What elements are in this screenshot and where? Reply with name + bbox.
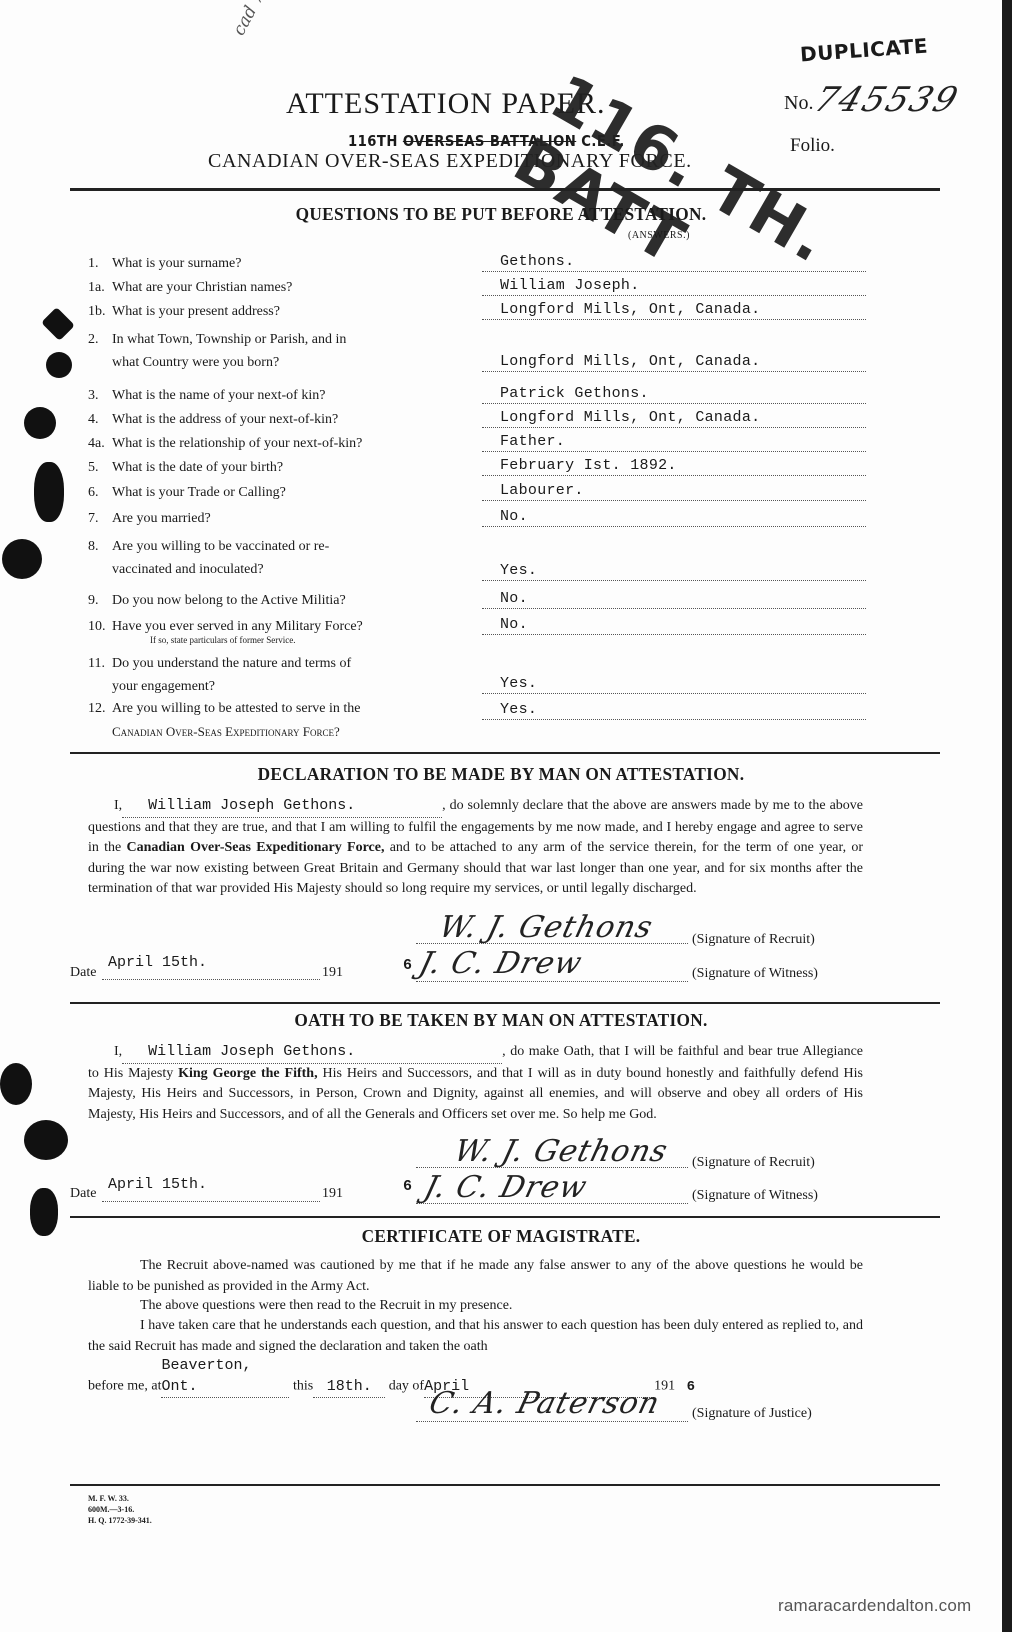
- certificate-year-digit: 6: [679, 1379, 695, 1395]
- answer-10: No.: [482, 615, 866, 635]
- declaration-text: I,William Joseph Gethons., do solemnly d…: [88, 796, 863, 900]
- punch-hole: [24, 407, 56, 439]
- question-1a: 1a.What are your Christian names?: [88, 276, 448, 299]
- questions-title: QUESTIONS TO BE PUT BEFORE ATTESTATION.: [20, 204, 982, 225]
- site-watermark: ramaracardendalton.com: [778, 1596, 971, 1616]
- question-7: 7.Are you married?: [88, 507, 448, 530]
- oath-date: April 15th.: [108, 1176, 207, 1193]
- answer-7: No.: [482, 507, 866, 527]
- question-11: 11.Do you understand the nature and term…: [88, 652, 448, 698]
- punch-hole: [34, 462, 64, 522]
- regimental-number: 745539: [810, 80, 965, 120]
- oath-witness-signature-label: (Signature of Witness): [692, 1188, 818, 1204]
- question-12: 12.Are you willing to be attested to ser…: [88, 697, 448, 744]
- oath-date-label: Date: [70, 1186, 96, 1202]
- answer-3: Patrick Gethons.: [482, 384, 866, 404]
- battalion-prefix: 116TH: [348, 132, 403, 150]
- oath-recruit-signature-label: (Signature of Recruit): [692, 1155, 815, 1171]
- oath-name: William Joseph Gethons.: [122, 1042, 502, 1064]
- scan-edge: [1002, 0, 1012, 1632]
- oath-year-digit: 6: [403, 1178, 412, 1195]
- oath-witness-signature: J. C. Drew: [421, 1170, 591, 1205]
- question-9: 9.Do you now belong to the Active Militi…: [88, 589, 448, 612]
- divider: [70, 1002, 940, 1004]
- certificate-p2: The above questions were then read to th…: [88, 1296, 863, 1317]
- question-2: 2.In what Town, Township or Parish, and …: [88, 328, 448, 374]
- answer-2: Longford Mills, Ont, Canada.: [482, 352, 866, 372]
- answer-1a: William Joseph.: [482, 276, 866, 296]
- punch-hole: [30, 1188, 58, 1236]
- answers-header: (ANSWERS.): [628, 230, 690, 241]
- folio-label: Folio.: [790, 135, 835, 157]
- question-4a: 4a.What is the relationship of your next…: [88, 432, 448, 455]
- recruit-signature-label: (Signature of Recruit): [692, 932, 815, 948]
- pencil-annotation: cad 7/8/16: [230, 0, 288, 38]
- oath-title: OATH TO BE TAKEN BY MAN ON ATTESTATION.: [20, 1010, 982, 1031]
- punch-hole: [0, 1063, 32, 1105]
- justice-signature: C. A. Paterson: [426, 1386, 664, 1421]
- answer-5: February Ist. 1892.: [482, 456, 866, 476]
- answer-9: No.: [482, 589, 866, 609]
- answer-6: Labourer.: [482, 481, 866, 501]
- question-1: 1.What is your surname?: [88, 252, 448, 275]
- answer-11: Yes.: [482, 674, 866, 694]
- form-codes: M. F. W. 33. 600M.—3-16. H. Q. 1772-39-3…: [88, 1493, 152, 1526]
- declaration-title: DECLARATION TO BE MADE BY MAN ON ATTESTA…: [20, 764, 982, 785]
- answer-8: Yes.: [482, 561, 866, 581]
- question-1b: 1b.What is your present address?: [88, 300, 448, 323]
- punch-hole: [41, 307, 75, 341]
- divider: [70, 188, 940, 191]
- recruit-signature: W. J. Gethons: [436, 910, 657, 945]
- question-4: 4.What is the address of your next-of-ki…: [88, 408, 448, 431]
- question-3: 3.What is the name of your next-of kin?: [88, 384, 448, 407]
- answer-1b: Longford Mills, Ont, Canada.: [482, 300, 866, 320]
- punch-hole: [46, 352, 72, 378]
- attestation-paper: cad 7/8/16 DUPLICATE ATTESTATION PAPER. …: [0, 0, 1002, 1632]
- certificate-p1: The Recruit above-named was cautioned by…: [88, 1256, 863, 1297]
- oath-year-prefix: 191: [322, 1186, 343, 1202]
- number-label: No.: [784, 92, 813, 115]
- divider: [70, 752, 940, 754]
- date-label: Date: [70, 965, 96, 981]
- answer-4: Longford Mills, Ont, Canada.: [482, 408, 866, 428]
- answer-4a: Father.: [482, 432, 866, 452]
- punch-hole: [2, 539, 42, 579]
- certificate-p3: I have taken care that he understands ea…: [88, 1316, 863, 1357]
- witness-signature: J. C. Drew: [416, 946, 586, 981]
- punch-hole: [24, 1120, 68, 1160]
- answer-12: Yes.: [482, 700, 866, 720]
- oath-recruit-signature: W. J. Gethons: [451, 1134, 672, 1169]
- answer-1: Gethons.: [482, 252, 866, 272]
- declaration-name: William Joseph Gethons.: [122, 796, 442, 818]
- year-digit: 6: [403, 957, 412, 974]
- certificate-day: 18th.: [313, 1377, 385, 1399]
- certificate-place: Beaverton, Ont.: [161, 1356, 289, 1398]
- certificate-title: CERTIFICATE OF MAGISTRATE.: [20, 1226, 982, 1247]
- duplicate-stamp: DUPLICATE: [799, 34, 928, 67]
- justice-signature-label: (Signature of Justice): [692, 1406, 812, 1422]
- question-5: 5.What is the date of your birth?: [88, 456, 448, 479]
- question-8: 8.Are you willing to be vaccinated or re…: [88, 535, 448, 581]
- divider: [70, 1484, 940, 1486]
- declaration-date: April 15th.: [108, 954, 207, 971]
- witness-signature-label: (Signature of Witness): [692, 966, 818, 982]
- divider: [70, 1216, 940, 1218]
- question-6: 6.What is your Trade or Calling?: [88, 481, 448, 504]
- year-prefix: 191: [322, 965, 343, 981]
- oath-text: I,William Joseph Gethons., do make Oath,…: [88, 1042, 863, 1125]
- question-10: 10.Have you ever served in any Military …: [88, 615, 448, 645]
- question-10-note: If so, state particulars of former Servi…: [88, 635, 448, 645]
